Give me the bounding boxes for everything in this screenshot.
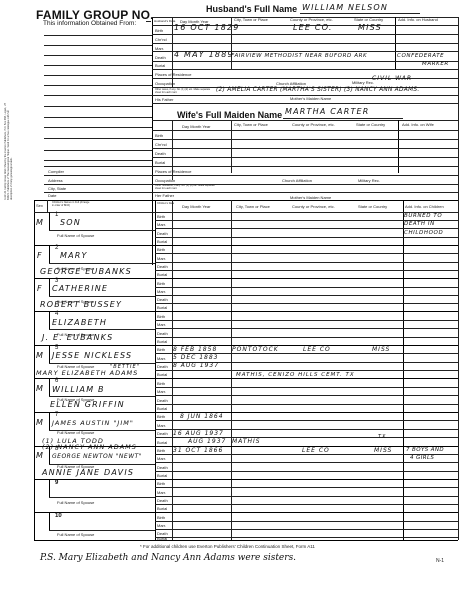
c2-marr-label: Marr. xyxy=(157,256,166,261)
child-2-spouse[interactable]: GEORGE EUBANKS xyxy=(40,268,132,276)
c4-burial-label: Burial xyxy=(157,339,167,344)
child-3-sex[interactable]: F xyxy=(37,285,43,293)
husband-chrnd-label: Chr'nd xyxy=(155,37,167,42)
child-5-birth-county[interactable]: LEE CO xyxy=(303,346,331,354)
state-header: State or Country xyxy=(354,17,383,22)
c1-death-label: Death xyxy=(157,231,168,236)
c9-burial-label: Burial xyxy=(157,506,167,511)
child-5-sex[interactable]: M xyxy=(36,352,44,360)
wife-state-header: State or Country xyxy=(356,122,385,127)
c2-burial-label: Burial xyxy=(157,272,167,277)
husband-birth-state[interactable]: MISS xyxy=(358,24,382,32)
wife-name[interactable]: MARTHA CARTER xyxy=(285,108,370,116)
c1-birth-label: Birth xyxy=(157,214,165,219)
husband-add-info-2[interactable]: MARKER xyxy=(422,60,449,68)
child-7-sex[interactable]: M xyxy=(36,419,44,427)
wife-birth-label: Birth xyxy=(155,133,163,138)
child-3-spouse[interactable]: ROBERT BUSSEY xyxy=(40,301,122,309)
c6-birth-label: Birth xyxy=(157,381,165,386)
c4-marr-label: Marr. xyxy=(157,322,166,327)
children-dmy-header: Day Month Year xyxy=(182,204,210,209)
wife-residence-label: Places of Residence xyxy=(155,169,191,174)
county-header: County or Province, etc. xyxy=(290,17,333,22)
husband-birth-county[interactable]: LEE CO. xyxy=(293,24,333,32)
child-1-name[interactable]: SON xyxy=(60,219,81,227)
c4-birth-label: Birth xyxy=(157,314,165,319)
his-father-label: His Father xyxy=(155,97,173,102)
children-names-header: Children's Names in Full (Arrange in ord… xyxy=(52,201,92,207)
c1-burial-label: Burial xyxy=(157,239,167,244)
c2-death-label: Death xyxy=(157,264,168,269)
other-husbands-label: Other husbands, if any. No. (1) (2) etc.… xyxy=(155,184,217,190)
husband-death-date[interactable]: 4 MAY 1889 xyxy=(174,51,234,59)
child-5-marr[interactable]: 5 DEC 1883 xyxy=(173,354,219,362)
child-4-spouse[interactable]: J. E. EUBANKS xyxy=(42,334,113,342)
child-8-name[interactable]: GEORGE NEWTON "NEWT" xyxy=(52,453,142,461)
child-5-birth-city[interactable]: PONTOTOCK xyxy=(232,346,279,354)
child-7-num: 7 xyxy=(55,412,58,418)
child-9-num: 9 xyxy=(55,480,58,486)
page-number: N-1 xyxy=(436,559,444,564)
husband-death-label: Death xyxy=(155,55,166,60)
husband-military[interactable]: CIVIL WAR xyxy=(372,75,412,83)
compiler-label: Compiler xyxy=(48,169,64,174)
c7-death-label: Death xyxy=(157,431,168,436)
child-6-spouse[interactable]: ELLEN GRIFFIN xyxy=(50,401,125,409)
wife-dmy-header: Day Month Year xyxy=(182,124,210,129)
child-5-name[interactable]: JESSE NICKLESS xyxy=(52,352,132,360)
c3-birth-label: Birth xyxy=(157,281,165,286)
wife-occupation-label: Occupation xyxy=(155,178,175,183)
child-8-birth-county[interactable]: LEE CO xyxy=(302,447,330,455)
husband-military-label: Military Rec. xyxy=(352,80,374,85)
c5-birth-label: Birth xyxy=(157,347,165,352)
sex-header: Sex xyxy=(36,203,43,208)
footer-note: * For additional children use Everton Pu… xyxy=(140,544,315,549)
c5-death-label: Death xyxy=(157,364,168,369)
child-10-num: 10 xyxy=(55,513,62,519)
child-8-add-info-2[interactable]: 4 GIRLS xyxy=(410,454,434,462)
child-5-death[interactable]: 8 AUG 1937 xyxy=(173,362,219,370)
child-8-add-info-1[interactable]: 7 BOYS AND xyxy=(406,446,444,454)
child-1-add-info-2[interactable]: DEATH IN xyxy=(404,220,435,228)
child-4-num: 4 xyxy=(55,311,58,317)
postscript-note: P.S. Mary Elizabeth and Nancy Ann Adams … xyxy=(40,553,296,563)
wife-military-label: Military Rec. xyxy=(358,178,380,183)
child-7-birth[interactable]: 8 JUN 1864 xyxy=(180,413,224,421)
c3-burial-label: Burial xyxy=(157,305,167,310)
child-7-death[interactable]: 16 AUG 1937 xyxy=(173,430,224,438)
c7-spouse-label: Full Name of Spouse xyxy=(57,430,94,435)
children-city-header: City, Town or Place xyxy=(236,204,270,209)
husband-residence-label: Places of Residence xyxy=(155,72,191,77)
child-6-num: 6 xyxy=(55,378,58,384)
children-county-header: County or Province, etc. xyxy=(292,204,335,209)
c8-burial-label: Burial xyxy=(157,473,167,478)
her-father-label: Her Father xyxy=(155,193,174,198)
c4-death-label: Death xyxy=(157,331,168,336)
child-8-birth[interactable]: 31 OCT 1866 xyxy=(173,447,223,455)
c6-marr-label: Marr. xyxy=(157,389,166,394)
child-7-burial-state[interactable]: TX xyxy=(378,433,386,441)
child-2-sex[interactable]: F xyxy=(37,252,43,260)
child-5-birth-state[interactable]: MISS xyxy=(372,346,390,354)
wife-chrnd-label: Chr'nd xyxy=(155,142,167,147)
c1-spouse-label: Full Name of Spouse xyxy=(57,233,94,238)
child-8-spouse[interactable]: ANNIE JANE DAVIS xyxy=(42,469,134,477)
child-1-num: 1 xyxy=(55,212,58,218)
obtained-from-label: This information Obtained From: xyxy=(43,20,136,27)
date-label: Date xyxy=(48,193,56,198)
husband-other-wives[interactable]: (2) AMELIA CARTER (MARTHA'S SISTER) (3) … xyxy=(216,86,420,94)
child-5-spouse[interactable]: MARY ELIZABETH ADAMS xyxy=(36,369,138,377)
child-7-burial-place[interactable]: MATHIS xyxy=(232,438,261,446)
wife-county-header: County or Province, etc. xyxy=(292,122,335,127)
child-1-add-info-1[interactable]: BURNED TO xyxy=(404,212,442,220)
add-info-children-header: Add. Info. on Children xyxy=(405,204,444,209)
add-info-wife-header: Add. Info. on Wife xyxy=(402,122,434,127)
child-8-birth-state[interactable]: MISS xyxy=(374,447,392,455)
c7-marr-label: Marr. xyxy=(157,423,166,428)
child-6-name[interactable]: WILLIAM B xyxy=(52,386,105,394)
c10-birth-label: Birth xyxy=(157,515,165,520)
child-7-spouse-2[interactable]: (2) NANCY ANN ADAMS xyxy=(42,443,137,451)
c3-death-label: Death xyxy=(157,297,168,302)
child-4-name[interactable]: ELIZABETH xyxy=(52,319,107,327)
c9-death-label: Death xyxy=(157,498,168,503)
c9-marr-label: Marr. xyxy=(157,490,166,495)
address-label: Address xyxy=(48,178,63,183)
his-mother-label: Mother's Maiden Name xyxy=(290,96,331,101)
c1-marr-label: Marr. xyxy=(157,222,166,227)
children-data-header: Children's Data xyxy=(157,201,174,206)
wife-burial-label: Burial xyxy=(155,160,165,165)
child-7-burial[interactable]: AUG 1937 xyxy=(188,438,226,446)
c8-birth-label: Birth xyxy=(157,448,165,453)
c6-death-label: Death xyxy=(157,398,168,403)
c8-marr-label: Marr. xyxy=(157,456,166,461)
husband-name-label: Husband's Full Name xyxy=(206,4,297,14)
child-2-name[interactable]: MARY xyxy=(60,252,88,260)
child-1-add-info-3[interactable]: CHILDHOOD xyxy=(404,229,443,237)
c9-spouse-label: Full Name of Spouse xyxy=(57,500,94,505)
c5-burial-label: Burial xyxy=(157,372,167,377)
city-state-label: City, State xyxy=(48,186,66,191)
husband-occupation-label: Occupation xyxy=(155,81,175,86)
child-8-sex[interactable]: M xyxy=(36,452,44,460)
c3-marr-label: Marr. xyxy=(157,289,166,294)
husband-birth-date[interactable]: 16 OCT 1829 xyxy=(174,24,240,32)
child-1-sex[interactable]: M xyxy=(36,219,44,227)
child-2-num: 2 xyxy=(55,245,58,251)
children-state-header: State or Country xyxy=(358,204,387,209)
child-5-birth[interactable]: 8 FEB 1858 xyxy=(173,346,217,354)
add-info-husband-header: Add. Info. on Husband xyxy=(398,17,438,22)
c10-marr-label: Marr. xyxy=(157,523,166,528)
child-7-name[interactable]: JAMES AUSTIN "JIM" xyxy=(52,419,134,427)
c6-burial-label: Burial xyxy=(157,406,167,411)
husband-add-info-1[interactable]: CONFEDERATE xyxy=(397,52,444,60)
c5-marr-label: Marr. xyxy=(157,356,166,361)
other-wives-label: Other wives, if any. No. (1) (2) etc. Ma… xyxy=(155,88,215,94)
wife-city-header: City, Town or Place xyxy=(234,122,268,127)
husband-name[interactable]: WILLIAM NELSON xyxy=(302,4,388,12)
city-header: City, Town or Place xyxy=(234,17,268,22)
publisher-sidebar: Form A1 Family Group Work Sheet by the E… xyxy=(4,100,20,200)
c2-birth-label: Birth xyxy=(157,247,165,252)
child-3-name[interactable]: CATHERINE xyxy=(52,285,108,293)
husband-birth-label: Birth xyxy=(155,28,163,33)
c9-birth-label: Birth xyxy=(157,481,165,486)
wife-death-label: Death xyxy=(155,151,166,156)
wife-name-label: Wife's Full Maiden Name xyxy=(177,110,282,120)
c10-spouse-label: Full Name of Spouse xyxy=(57,532,94,537)
child-5-burial-place[interactable]: MATHIS, CENIZO HILLS CEMT. TX xyxy=(236,371,355,379)
c7-birth-label: Birth xyxy=(157,414,165,419)
wife-church-label: Church Affiliation xyxy=(282,178,312,183)
c10-burial-label: Burial xyxy=(157,536,167,541)
husband-death-place[interactable]: FAIRVIEW METHODIST NEAR BUFORD ARK xyxy=(231,52,367,60)
husband-burial-label: Burial xyxy=(155,63,165,68)
c8-death-label: Death xyxy=(157,465,168,470)
c7-burial-label: Burial xyxy=(157,440,167,445)
child-6-sex[interactable]: M xyxy=(36,385,44,393)
